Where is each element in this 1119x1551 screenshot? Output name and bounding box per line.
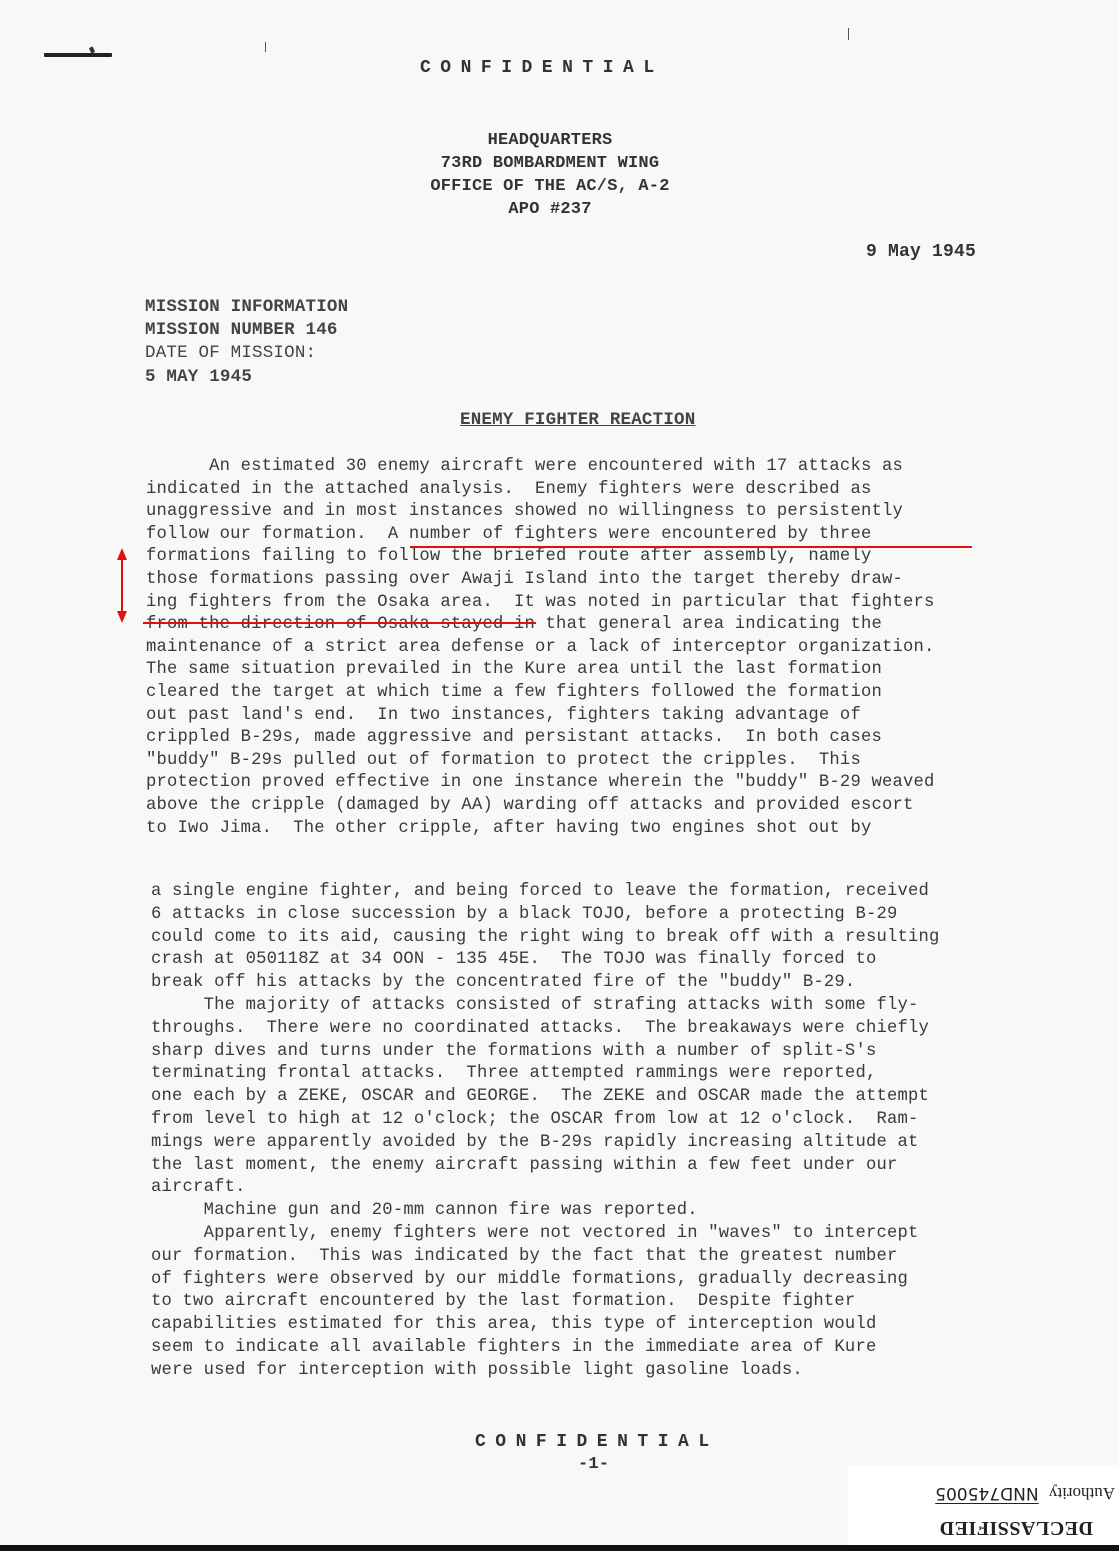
body-text-line: Apparently, enemy fighters were not vect… — [151, 1223, 919, 1246]
body-text-line: An estimated 30 enemy aircraft were enco… — [146, 456, 903, 479]
letterhead-line-1: HEADQUARTERS — [360, 129, 740, 152]
annotation-underline-2 — [143, 622, 536, 624]
body-text-line: could come to its aid, causing the right… — [151, 927, 940, 950]
body-text-line: capabilities estimated for this area, th… — [151, 1314, 876, 1337]
body-text-line: maintenance of a strict area defense or … — [146, 637, 935, 660]
body-text-line: sharp dives and turns under the formatio… — [151, 1041, 876, 1064]
scan-speck — [265, 42, 266, 52]
document-date: 9 May 1945 — [866, 242, 976, 262]
body-text-line: ing fighters from the Osaka area. It was… — [146, 592, 935, 615]
body-text-line: those formations passing over Awaji Isla… — [146, 569, 903, 592]
body-text-line: to Iwo Jima. The other cripple, after ha… — [146, 818, 871, 841]
body-text-line: our formation. This was indicated by the… — [151, 1246, 898, 1269]
body-text-line: unaggressive and in most instances showe… — [146, 501, 903, 524]
letterhead-line-3: OFFICE OF THE AC/S, A-2 — [360, 175, 740, 198]
body-text-line: "buddy" B-29s pulled out of formation to… — [146, 750, 861, 773]
mission-info-line-1: MISSION INFORMATION — [145, 296, 348, 319]
body-text-line: terminating frontal attacks. Three attem… — [151, 1063, 876, 1086]
classification-top: CONFIDENTIAL — [420, 58, 664, 78]
body-text-line: cleared the target at which time a few f… — [146, 682, 882, 705]
stamp-authority-label: Authority — [1049, 1484, 1115, 1503]
body-text-line: to two aircraft encountered by the last … — [151, 1291, 855, 1314]
body-text-line: crippled B-29s, made aggressive and pers… — [146, 727, 882, 750]
body-text-line: seem to indicate all available fighters … — [151, 1337, 876, 1360]
body-text-line: mings were apparently avoided by the B-2… — [151, 1132, 919, 1155]
staple-mark — [44, 53, 112, 57]
body-text-line: aircraft. — [151, 1177, 246, 1200]
body-text-line: from level to high at 12 o'clock; the OS… — [151, 1109, 919, 1132]
body-text-line: break off his attacks by the concentrate… — [151, 972, 855, 995]
body-text-line: of fighters were observed by our middle … — [151, 1269, 908, 1292]
stamp-authority-value: NND745005 — [935, 1483, 1038, 1503]
section-title: ENEMY FIGHTER REACTION — [460, 410, 695, 430]
scan-bottom-edge — [0, 1545, 1119, 1551]
double-arrow-icon — [117, 548, 127, 623]
classification-bottom: CONFIDENTIAL — [475, 1432, 719, 1452]
body-text-line: follow our formation. A number of fighte… — [146, 524, 871, 547]
letterhead-line-2: 73RD BOMBARDMENT WING — [360, 152, 740, 175]
page-number: -1- — [578, 1455, 609, 1474]
body-text-line: throughs. There were no coordinated atta… — [151, 1018, 929, 1041]
body-text-line: The same situation prevailed in the Kure… — [146, 659, 882, 682]
scan-speck — [848, 28, 849, 40]
stamp-title: DECLASSIFIED — [939, 1516, 1093, 1539]
body-text-line: above the cripple (damaged by AA) wardin… — [146, 795, 914, 818]
body-text-line: formations failing to follow the briefed… — [146, 546, 871, 569]
document-page: CONFIDENTIAL HEADQUARTERS 73RD BOMBARDME… — [0, 0, 1119, 1545]
body-text-line: a single engine fighter, and being force… — [151, 881, 929, 904]
body-text-line: out past land's end. In two instances, f… — [146, 705, 861, 728]
body-text-line: Machine gun and 20-mm cannon fire was re… — [151, 1200, 698, 1223]
body-text-line: indicated in the attached analysis. Enem… — [146, 479, 871, 502]
letterhead-line-4: APO #237 — [360, 198, 740, 221]
body-text-line: crash at 050118Z at 34 OON - 135 45E. Th… — [151, 949, 876, 972]
body-text-line: 6 attacks in close succession by a black… — [151, 904, 898, 927]
body-text-line: the last moment, the enemy aircraft pass… — [151, 1155, 898, 1178]
body-text-line: The majority of attacks consisted of str… — [151, 995, 919, 1018]
declassified-stamp: DECLASSIFIED Authority NND745005 — [848, 1465, 1119, 1549]
mission-info-line-4: 5 MAY 1945 — [145, 366, 252, 389]
annotation-underline-1 — [410, 546, 972, 548]
body-text-line: were used for interception with possible… — [151, 1360, 803, 1383]
mission-info-line-2: MISSION NUMBER 146 — [145, 319, 338, 342]
body-text-line: protection proved effective in one insta… — [146, 772, 935, 795]
mission-info-line-3: DATE OF MISSION: — [145, 342, 316, 365]
body-text-line: from the direction of Osaka stayed in th… — [146, 614, 882, 637]
body-text-line: one each by a ZEKE, OSCAR and GEORGE. Th… — [151, 1086, 929, 1109]
stamp-authority: Authority NND745005 — [935, 1483, 1115, 1503]
